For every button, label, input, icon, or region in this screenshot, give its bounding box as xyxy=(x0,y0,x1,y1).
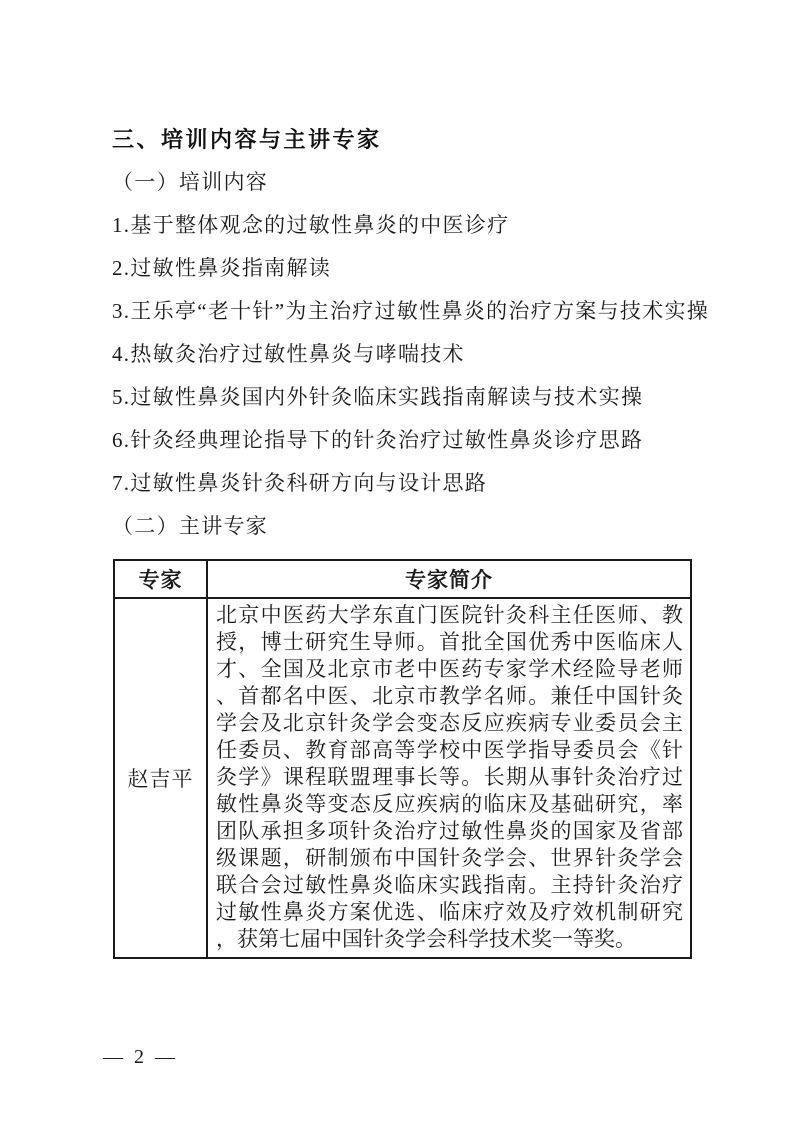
expert-name: 赵吉平 xyxy=(114,598,207,958)
expert-bio-line: 才、全国及北京市老中医药专家学术经险导老师 xyxy=(216,656,683,683)
expert-bio-line: 级课题，研制颁布中国针灸学会、世界针灸学会 xyxy=(216,845,683,872)
expert-bio-line: 北京中医药大学东直门医院针灸科主任医师、教 xyxy=(216,602,683,629)
experts-table-header-expert: 专家 xyxy=(114,560,207,598)
expert-bio-line: 、首都名中医、北京市教学名师。兼任中国针灸 xyxy=(216,683,683,710)
content-item: 3.王乐亭“老十针”为主治疗过敏性鼻炎的治疗方案与技术实操 xyxy=(85,290,713,333)
document-content: 三、培训内容与主讲专家 （一）培训内容 1.基于整体观念的过敏性鼻炎的中医诊疗2… xyxy=(85,118,713,959)
content-item: 7.过敏性鼻炎针灸科研方向与设计思路 xyxy=(85,462,713,505)
content-item: 1.基于整体观念的过敏性鼻炎的中医诊疗 xyxy=(85,204,713,247)
expert-bio-line: 敏性鼻炎等变态反应疾病的临床及基础研究，率 xyxy=(216,791,683,818)
content-item-list: 1.基于整体观念的过敏性鼻炎的中医诊疗2.过敏性鼻炎指南解读3.王乐亭“老十针”… xyxy=(85,204,713,505)
expert-bio-line: 灸学》课程联盟理事长等。长期从事针灸治疗过 xyxy=(216,764,683,791)
section-heading: 三、培训内容与主讲专家 xyxy=(85,118,713,161)
expert-bio-line: 过敏性鼻炎方案优选、临床疗效及疗效机制研究 xyxy=(216,899,683,926)
experts-table: 专家 专家简介 赵吉平北京中医药大学东直门医院针灸科主任医师、教授，博士研究生导… xyxy=(113,559,692,959)
expert-row: 赵吉平北京中医药大学东直门医院针灸科主任医师、教授，博士研究生导师。首批全国优秀… xyxy=(114,598,691,958)
content-item: 6.针灸经典理论指导下的针灸治疗过敏性鼻炎诊疗思路 xyxy=(85,419,713,462)
experts-table-header-row: 专家 专家简介 xyxy=(114,560,691,598)
expert-bio-line: 授，博士研究生导师。首批全国优秀中医临床人 xyxy=(216,629,683,656)
expert-bio: 北京中医药大学东直门医院针灸科主任医师、教授，博士研究生导师。首批全国优秀中医临… xyxy=(207,598,691,958)
page-number: — 2 — xyxy=(103,1046,178,1069)
expert-bio-line: ，获第七届中国针灸学会科学技术奖一等奖。 xyxy=(216,926,683,953)
content-item: 4.热敏灸治疗过敏性鼻炎与哮喘技术 xyxy=(85,333,713,376)
expert-bio-line: 任委员、教育部高等学校中医学指导委员会《针 xyxy=(216,737,683,764)
subsection-experts: （二）主讲专家 xyxy=(85,505,713,548)
expert-bio-line: 联合会过敏性鼻炎临床实践指南。主持针灸治疗 xyxy=(216,872,683,899)
expert-bio-line: 学会及北京针灸学会变态反应疾病专业委员会主 xyxy=(216,710,683,737)
document-page: 三、培训内容与主讲专家 （一）培训内容 1.基于整体观念的过敏性鼻炎的中医诊疗2… xyxy=(0,0,800,1131)
content-item: 5.过敏性鼻炎国内外针灸临床实践指南解读与技术实操 xyxy=(85,376,713,419)
content-item: 2.过敏性鼻炎指南解读 xyxy=(85,247,713,290)
subsection-training-content: （一）培训内容 xyxy=(85,161,713,204)
expert-bio-line: 团队承担多项针灸治疗过敏性鼻炎的国家及省部 xyxy=(216,818,683,845)
experts-table-header-bio: 专家简介 xyxy=(207,560,691,598)
